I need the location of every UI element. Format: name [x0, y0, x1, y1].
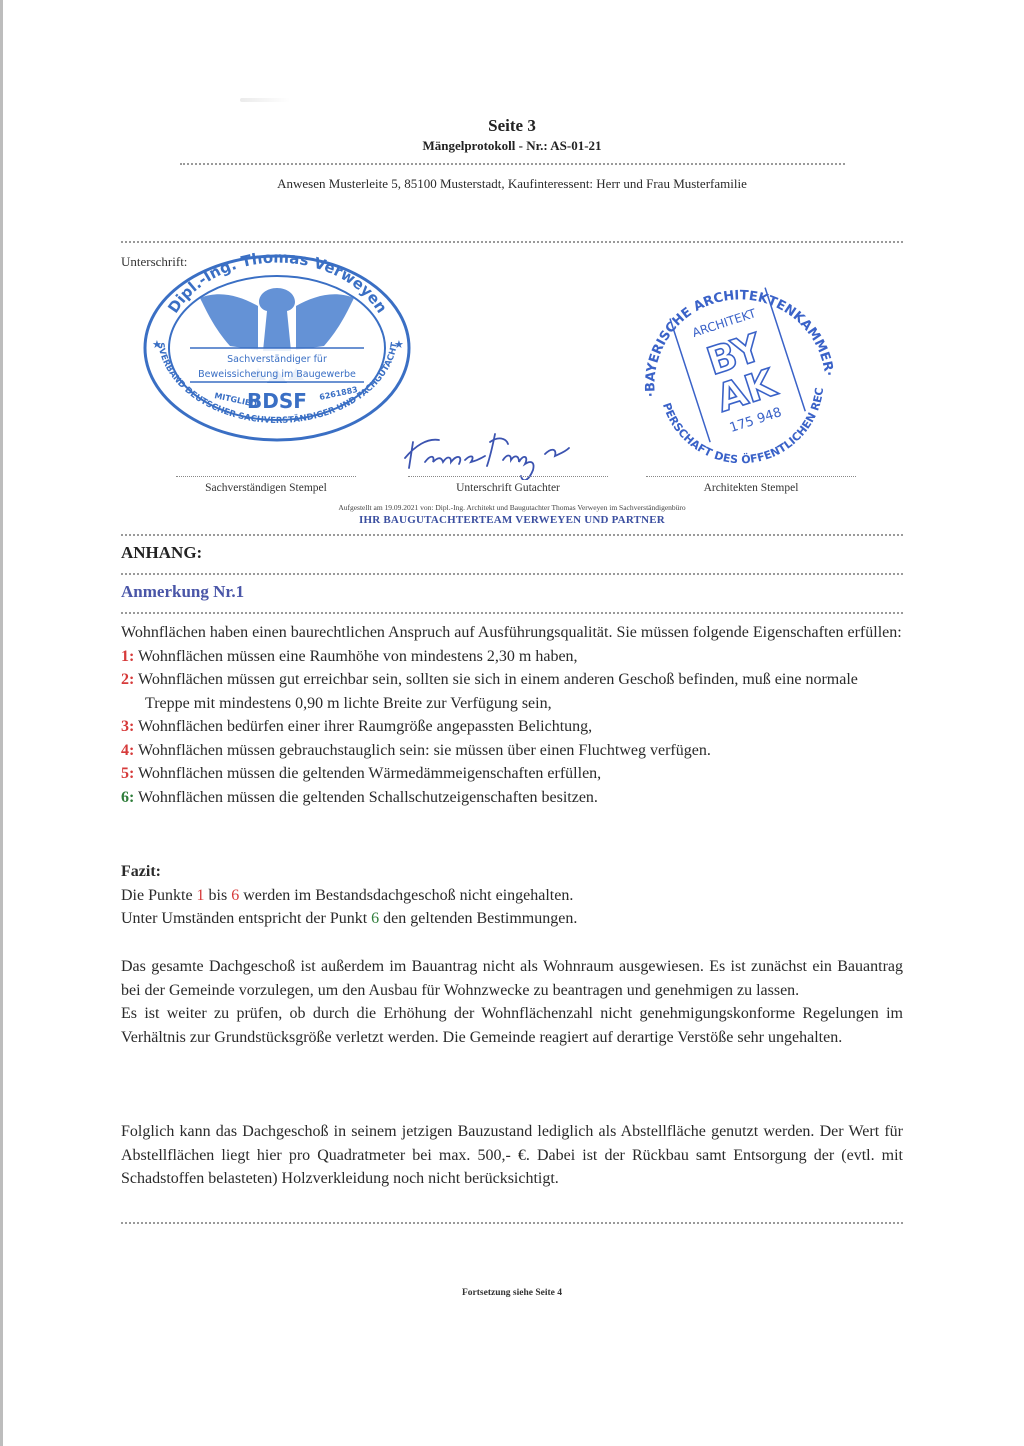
conclusion-line-2: Unter Umständen entspricht der Punkt 6 d…	[121, 907, 903, 931]
signature-line	[408, 476, 608, 477]
signature-line	[176, 476, 356, 477]
conclusion-heading: Fazit:	[121, 860, 903, 884]
list-item: 4: Wohnflächen müssen gebrauchstauglich …	[121, 739, 903, 763]
protocol-number: Mängelprotokoll - Nr.: AS-01-21	[0, 138, 1024, 154]
list-item: 2: Wohnflächen müssen gut erreichbar sei…	[121, 668, 903, 715]
list-item: 1: Wohnflächen müssen eine Raumhöhe von …	[121, 645, 903, 669]
divider	[180, 163, 845, 165]
architect-stamp-icon: ·BAYERISCHE ARCHITEKTENKAMMER· KÖRPERSCH…	[625, 255, 850, 465]
paragraph-text: Es ist weiter zu prüfen, ob durch die Er…	[121, 1002, 903, 1049]
caption-architect-stamp: Architekten Stempel	[646, 482, 856, 494]
expert-stamp-icon: Dipl.-Ing. Thomas Verweyen BUNDESVERBAND…	[140, 248, 415, 443]
handwritten-signature	[395, 420, 580, 480]
svg-text:★: ★	[394, 339, 404, 351]
paragraph-text: Das gesamte Dachgeschoß ist außerdem im …	[121, 955, 903, 1002]
svg-text:Sachverständiger für: Sachverständiger für	[227, 354, 327, 365]
requirements-section: Wohnflächen haben einen baurechtlichen A…	[121, 621, 903, 809]
svg-text:Beweissicherung im Baugewerbe: Beweissicherung im Baugewerbe	[198, 369, 356, 380]
intro-paragraph: Wohnflächen haben einen baurechtlichen A…	[121, 621, 903, 645]
team-name: IHR BAUGUTACHTERTEAM VERWEYEN UND PARTNE…	[0, 514, 1024, 526]
divider	[121, 1222, 903, 1224]
divider	[121, 612, 903, 614]
scan-smudge	[240, 98, 290, 102]
page-title: Seite 3	[0, 116, 1024, 136]
requirements-list: 1: Wohnflächen müssen eine Raumhöhe von …	[121, 645, 903, 810]
conclusion-section: Fazit: Die Punkte 1 bis 6 werden im Best…	[121, 860, 903, 931]
storage-value-paragraph: Folglich kann das Dachgeschoß in seinem …	[121, 1120, 903, 1191]
property-address: Anwesen Musterleite 5, 85100 Musterstadt…	[0, 176, 1024, 192]
caption-signature: Unterschrift Gutachter	[408, 482, 608, 494]
building-permit-paragraph: Das gesamte Dachgeschoß ist außerdem im …	[121, 955, 903, 1049]
signature-line	[646, 476, 856, 477]
appendix-heading: ANHANG:	[121, 543, 202, 563]
svg-text:BDSF: BDSF	[247, 389, 307, 413]
continuation-note: Fortsetzung siehe Seite 4	[0, 1288, 1024, 1298]
divider	[121, 573, 903, 575]
caption-expert-stamp: Sachverständigen Stempel	[176, 482, 356, 494]
list-item: 6: Wohnflächen müssen die geltenden Scha…	[121, 786, 903, 810]
divider	[121, 534, 903, 536]
list-item: 5: Wohnflächen müssen die geltenden Wärm…	[121, 762, 903, 786]
conclusion-line-1: Die Punkte 1 bis 6 werden im Bestandsdac…	[121, 884, 903, 908]
list-item: 3: Wohnflächen bedürfen einer ihrer Raum…	[121, 715, 903, 739]
divider	[121, 241, 903, 243]
note-title: Anmerkung Nr.1	[121, 582, 244, 602]
svg-text:★: ★	[152, 339, 162, 351]
scan-page-edge	[0, 0, 3, 1446]
issued-by-note: Aufgestellt am 19.09.2021 von: Dipl.-Ing…	[0, 503, 1024, 512]
